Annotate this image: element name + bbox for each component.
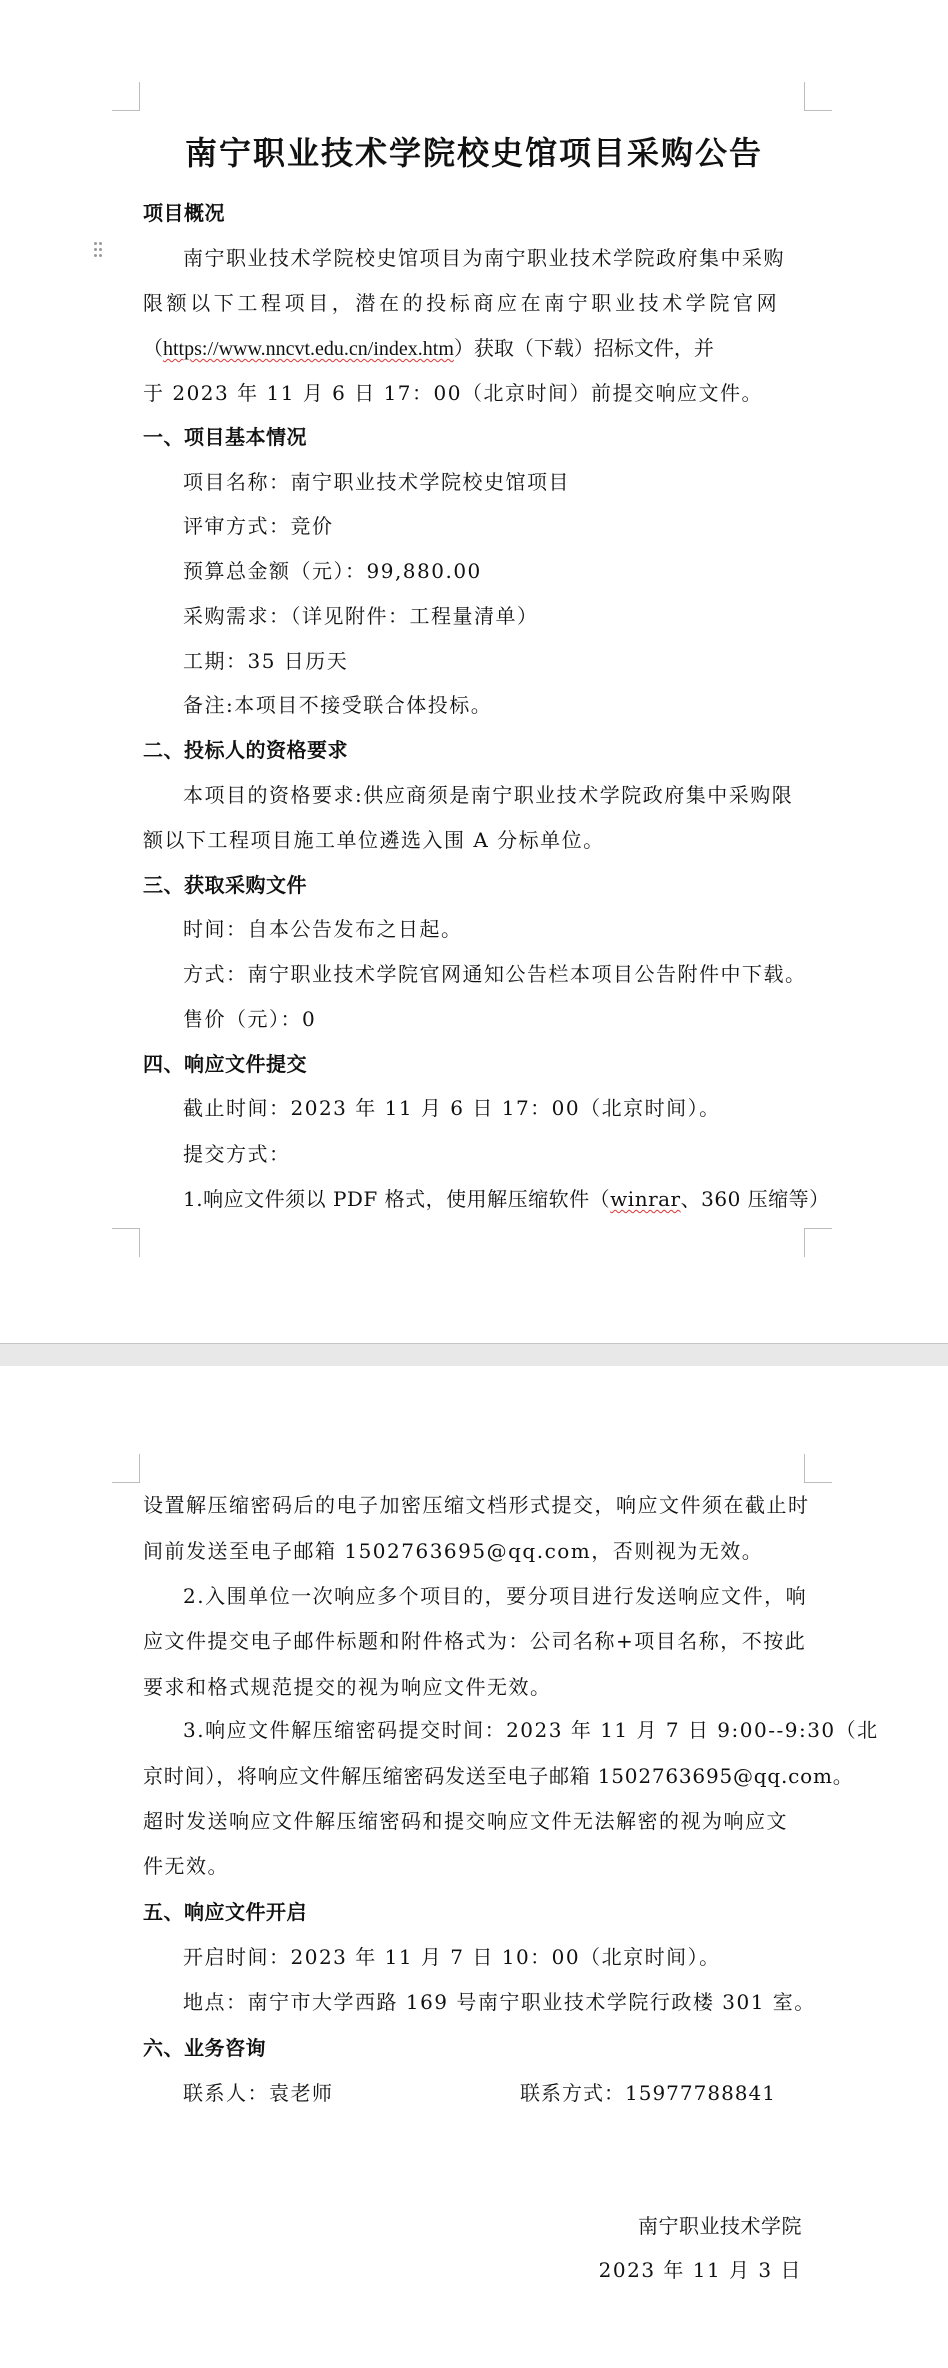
paragraph-text: 获取（下载）招标文件，并 (474, 336, 714, 360)
paragraph-line: 本项目的资格要求:供应商须是南宁职业技术学院政府集中采购限 (183, 782, 793, 808)
paragraph-line: 额以下工程项目施工单位遴选入围 A 分标单位。 (143, 827, 605, 853)
section-heading-2: 二、投标人的资格要求 (143, 737, 348, 763)
paragraph-line: 京时间），将响应文件解压缩密码发送至电子邮箱 1502763695@qq.com… (143, 1763, 854, 1789)
document-page-2: 设置解压缩密码后的电子加密压缩文档形式提交，响应文件须在截止时 间前发送至电子邮… (0, 1366, 948, 2368)
url-open-paren: （ (143, 336, 163, 360)
contact-person: 联系人：袁老师 (183, 2080, 334, 2106)
website-link[interactable]: https://www.nncvt.edu.cn/index.htm (163, 338, 454, 360)
paragraph-line: 要求和格式规范提交的视为响应文件无效。 (143, 1674, 552, 1700)
section-heading-4: 四、响应文件提交 (143, 1051, 307, 1077)
paragraph-line: 于 2023 年 11 月 6 日 17：00（北京时间）前提交响应文件。 (143, 380, 763, 406)
spellcheck-word: winrar (610, 1187, 680, 1211)
margin-corner-mark (804, 1454, 832, 1483)
margin-corner-mark (112, 1454, 140, 1483)
paragraph-drag-handle-icon[interactable] (94, 242, 102, 258)
section-heading-overview: 项目概况 (143, 200, 225, 226)
paragraph-line: 2.入围单位一次响应多个项目的，要分项目进行发送响应文件，响 (183, 1583, 807, 1609)
paragraph-line: 1.响应文件须以 PDF 格式，使用解压缩软件（winrar、360 压缩等） (183, 1186, 830, 1212)
info-item: 时间：自本公告发布之日起。 (183, 916, 463, 942)
info-item: 采购需求：（详见附件：工程量清单） (183, 603, 539, 629)
info-item: 截止时间：2023 年 11 月 6 日 17：00（北京时间）。 (183, 1095, 721, 1121)
info-item: 售价（元）：0 (183, 1006, 316, 1032)
info-item: 开启时间：2023 年 11 月 7 日 10：00（北京时间）。 (183, 1944, 721, 1970)
section-heading-5: 五、响应文件开启 (143, 1899, 307, 1925)
paragraph-line: （https://www.nncvt.edu.cn/index.htm）获取（下… (143, 335, 714, 362)
margin-corner-mark (804, 1228, 832, 1257)
signature-date: 2023 年 11 月 3 日 (599, 2257, 802, 2283)
section-heading-6: 六、业务咨询 (143, 2035, 266, 2061)
paragraph-text: 、360 压缩等） (681, 1187, 830, 1211)
info-item: 地点：南宁市大学西路 169 号南宁职业技术学院行政楼 301 室。 (183, 1989, 816, 2015)
margin-corner-mark (112, 1228, 140, 1257)
info-item: 预算总金额（元）：99,880.00 (183, 558, 482, 584)
document-title: 南宁职业技术学院校史馆项目采购公告 (0, 128, 948, 174)
paragraph-text: 1.响应文件须以 PDF 格式，使用解压缩软件（ (183, 1187, 610, 1211)
page-separator (0, 1343, 948, 1367)
paragraph-line: 超时发送响应文件解压缩密码和提交响应文件无法解密的视为响应文 (143, 1808, 788, 1834)
paragraph-line: 应文件提交电子邮件标题和附件格式为：公司名称+项目名称，不按此 (143, 1628, 806, 1654)
contact-phone: 联系方式：15977788841 (520, 2080, 776, 2106)
margin-corner-mark (804, 82, 832, 111)
info-item: 提交方式： (183, 1141, 291, 1167)
url-close-paren: ） (454, 336, 474, 360)
paragraph-line: 件无效。 (143, 1853, 229, 1879)
section-heading-3: 三、获取采购文件 (143, 872, 307, 898)
paragraph-line: 3.响应文件解压缩密码提交时间：2023 年 11 月 7 日 9:00--9:… (183, 1717, 879, 1743)
paragraph-line: 设置解压缩密码后的电子加密压缩文档形式提交，响应文件须在截止时 (143, 1492, 810, 1518)
margin-corner-mark (112, 82, 140, 111)
paragraph-line: 间前发送至电子邮箱 1502763695@qq.com，否则视为无效。 (143, 1538, 763, 1564)
info-item: 项目名称：南宁职业技术学院校史馆项目 (183, 469, 570, 495)
paragraph-line: 限额以下工程项目，潜在的投标商应在南宁职业技术学院官网 (143, 290, 780, 316)
signature-organization: 南宁职业技术学院 (638, 2213, 802, 2239)
document-page-1: 南宁职业技术学院校史馆项目采购公告 项目概况 南宁职业技术学院校史馆项目为南宁职… (0, 0, 948, 1343)
section-heading-1: 一、项目基本情况 (143, 424, 307, 450)
info-item: 评审方式：竞价 (183, 513, 334, 539)
info-item: 工期：35 日历天 (183, 648, 348, 674)
paragraph-line: 南宁职业技术学院校史馆项目为南宁职业技术学院政府集中采购 (183, 245, 785, 271)
info-item: 方式：南宁职业技术学院官网通知公告栏本项目公告附件中下载。 (183, 961, 807, 987)
info-item: 备注:本项目不接受联合体投标。 (183, 692, 492, 718)
